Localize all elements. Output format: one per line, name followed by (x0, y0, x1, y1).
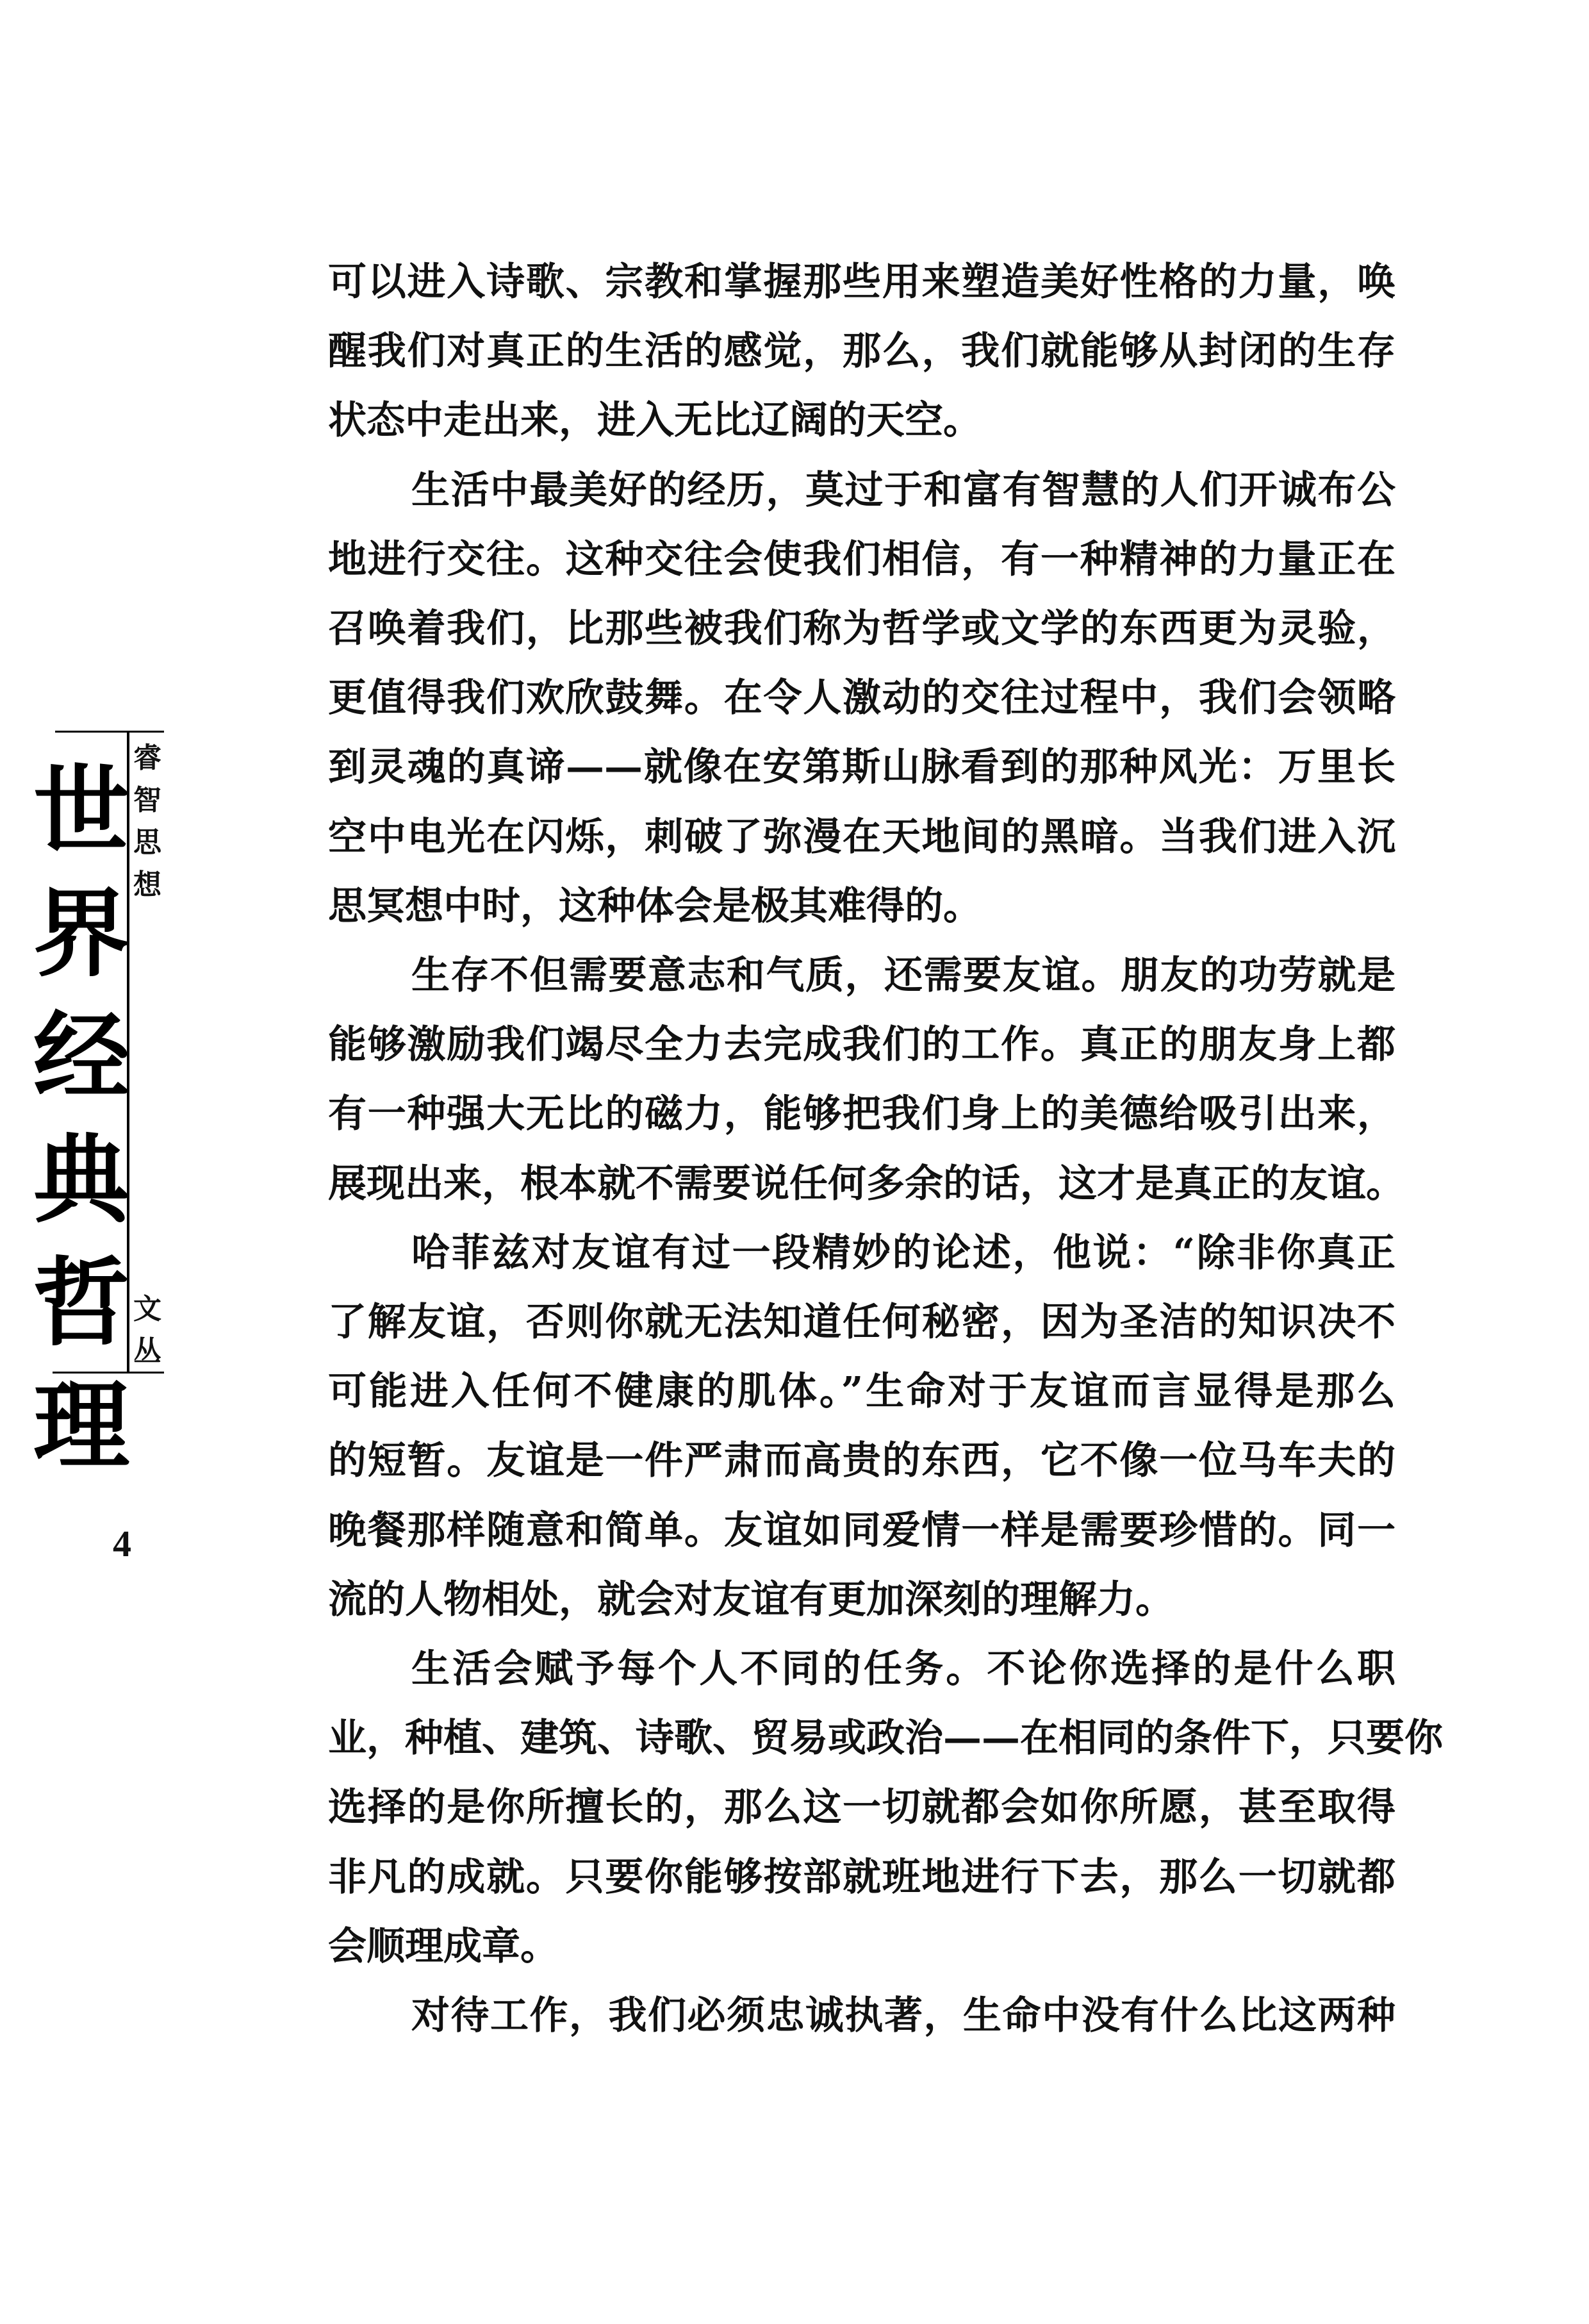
text-line: 召唤着我们，比那些被我们称为哲学或文学的东西更为灵验， (328, 606, 1396, 651)
text-line: 流的人物相处，就会对友谊有更加深刻的理解力。 (328, 1577, 1396, 1622)
book-page: 世 界 经 典 哲 理 睿 智 思 想 文 丛 4 可以进入诗歌、宗教和掌握那些… (0, 0, 1589, 2324)
text-line: 空中电光在闪烁，刺破了弥漫在天地间的黑暗。当我们进入沉 (328, 815, 1396, 859)
text-line: 非凡的成就。只要你能够按部就班地进行下去，那么一切就都 (328, 1855, 1396, 1900)
series-title-char: 经 (33, 996, 128, 1119)
series-subtitle-top: 睿 智 思 想 (132, 737, 163, 906)
series-subtitle-bottom: 文 丛 (132, 1288, 163, 1373)
text-line: 对待工作，我们必须忠诚执著，生命中没有什么比这两种 (411, 1993, 1396, 2038)
text-line: 醒我们对真正的生活的感觉，那么，我们就能够从封闭的生存 (328, 329, 1396, 374)
text-line: 能够激励我们竭尽全力去完成我们的工作。真正的朋友身上都 (328, 1022, 1396, 1067)
text-line: 到灵魂的真谛——就像在安第斯山脉看到的那种风光：万里长 (328, 745, 1396, 790)
series-title-char: 世 (33, 750, 128, 873)
text-line: 生存不但需要意志和气质，还需要友谊。朋友的功劳就是 (411, 953, 1396, 998)
sidebar-top-rule (55, 731, 164, 733)
text-line: 哈菲兹对友谊有过一段精妙的论述，他说：“除非你真正 (411, 1231, 1396, 1275)
page-number: 4 (113, 1522, 131, 1565)
text-line: 生活中最美好的经历，莫过于和富有智慧的人们开诚布公 (411, 468, 1396, 513)
subtitle-char: 智 (132, 779, 163, 822)
text-line: 可以进入诗歌、宗教和掌握那些用来塑造美好性格的力量，唤 (328, 260, 1396, 304)
text-line: 展现出来，根本就不需要说任何多余的话，这才是真正的友谊。 (328, 1161, 1396, 1206)
text-line: 业，种植、建筑、诗歌、贸易或政治——在相同的条件下，只要你 (328, 1716, 1396, 1761)
subtitle-char: 丛 (132, 1331, 163, 1373)
text-line: 了解友谊，否则你就无法知道任何秘密，因为圣洁的知识决不 (328, 1300, 1396, 1345)
text-line: 有一种强大无比的磁力，能够把我们身上的美德给吸引出来， (328, 1091, 1396, 1136)
subtitle-char: 文 (132, 1288, 163, 1331)
subtitle-char: 思 (132, 822, 163, 864)
text-line: 晚餐那样随意和简单。友谊如同爱情一样是需要珍惜的。同一 (328, 1508, 1396, 1553)
series-title-char: 界 (33, 873, 128, 996)
subtitle-char: 睿 (132, 737, 163, 779)
series-title-char: 理 (33, 1365, 128, 1488)
series-title-char: 典 (33, 1119, 128, 1242)
subtitle-char: 想 (132, 864, 163, 906)
text-line: 思冥想中时，这种体会是极其难得的。 (328, 884, 1396, 929)
text-line: 可能进入任何不健康的肌体。”生命对于友谊而言显得是那么 (328, 1369, 1396, 1414)
series-title-char: 哲 (33, 1242, 128, 1365)
text-line: 会顺理成章。 (328, 1924, 1396, 1969)
text-line: 更值得我们欢欣鼓舞。在令人激动的交往过程中，我们会领略 (328, 676, 1396, 720)
text-line: 的短暂。友谊是一件严肃而高贵的东西，它不像一位马车夫的 (328, 1438, 1396, 1483)
series-title: 世 界 经 典 哲 理 (33, 750, 128, 1488)
text-line: 生活会赋予每个人不同的任务。不论你选择的是什么职 (411, 1647, 1396, 1691)
text-line: 状态中走出来，进入无比辽阔的天空。 (328, 398, 1396, 443)
text-line: 地进行交往。这种交往会使我们相信，有一种精神的力量正在 (328, 537, 1396, 582)
text-line: 选择的是你所擅长的，那么这一切就都会如你所愿，甚至取得 (328, 1785, 1396, 1830)
